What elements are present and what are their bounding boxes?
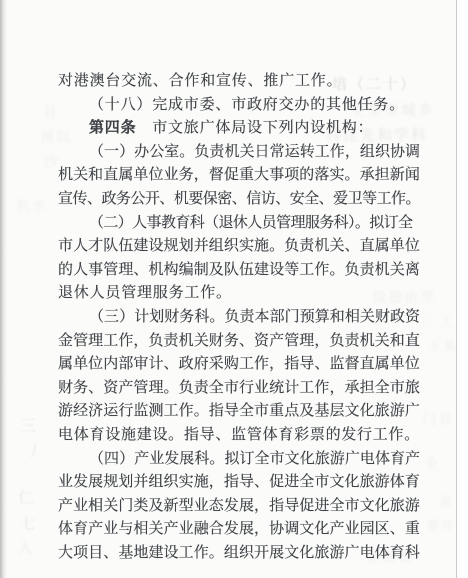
article-number-bold: 第四条 — [89, 120, 136, 136]
text-line: 对港澳台交流、合作和宣传、推广工作。 — [58, 70, 420, 94]
text-line: 退休人员管理服务工作。 — [58, 282, 420, 306]
bleedthrough-mark: 仁 — [18, 485, 36, 508]
text-line: （三）计划财务科。负责本部门预算和相关财政资 — [58, 306, 420, 330]
bleedthrough-mark: 王某 — [428, 335, 458, 354]
text-line: 大项目、基地建设工作。组织开展文化旅游广电体育科 — [58, 542, 420, 566]
bleedthrough-mark: 业 — [438, 491, 454, 511]
scan-right-margin — [457, 0, 468, 578]
document-text-block: 对港澳台交流、合作和宣传、推广工作。（十八）完成市委、市政府交办的其他任务。第四… — [58, 70, 420, 565]
text-line: 电体育设施建设。指导、监管体育彩票的发行工作。 — [58, 424, 420, 448]
bleedthrough-mark: 全 — [424, 454, 440, 474]
text-line: 金管理工作，负责机关财务、资产管理，负责机关和直 — [58, 330, 420, 354]
bleedthrough-mark: 丿 — [26, 438, 44, 461]
bleedthrough-mark: 门廿 — [422, 409, 454, 429]
text-line: 体育产业与相关产业融合发展，协调文化产业园区、重 — [58, 518, 420, 542]
text-line: 产业相关门类及新型业态发展，指导促进全市文化旅游 — [58, 495, 420, 519]
text-line: 的人事管理、机构编制及队伍建设等工作。负责机关离 — [58, 259, 420, 283]
text-line: 宣传、政务公开、机要保密、信访、安全、爱卫等工作。 — [58, 188, 420, 212]
text-line: （十八）完成市委、市政府交办的其他任务。 — [58, 94, 420, 118]
text-line: （一）办公室。负责机关日常运转工作，组织协调 — [58, 141, 420, 165]
bleedthrough-mark: 七 — [20, 511, 38, 534]
text-line: 第四条 市文旅广体局设下列内设机构： — [58, 117, 420, 141]
bleedthrough-mark: 三 — [20, 413, 38, 436]
document-page: 培（二十）生全市城乡特住先和学科计预以沙机水设独由至三 工王某门廿全业难评业美布… — [0, 0, 468, 578]
text-line: 游经济运行监测工作。指导全市重点及基层文化旅游广 — [58, 400, 420, 424]
text-line: 机关和直属单位业务，督促重大事项的落实。承担新闻 — [58, 164, 420, 188]
text-line: 业发展规划并组织实施，指导、促进全市文化旅游体育 — [58, 471, 420, 495]
scan-edge-line — [456, 0, 457, 578]
bleedthrough-mark: 三 工 — [418, 311, 456, 331]
text-line: （四）产业发展科。拟订全市文化旅游广电体育产 — [58, 448, 420, 472]
bleedthrough-mark: 机水 — [16, 196, 48, 216]
scan-left-edge-shadow — [0, 0, 7, 578]
text-line: 属单位内部审计、政府采购工作，指导、监督直属单位 — [58, 353, 420, 377]
text-line: 财务、资产管理。负责全市行业统计工作，承担全市旅 — [58, 377, 420, 401]
text-line: 市人才队伍建设规划并组织实施。负责机关、直属单位 — [58, 235, 420, 259]
text-line: （二）人事教育科（退休人员管理服务科）。拟订全 — [58, 212, 420, 236]
bleedthrough-mark: 难评 — [426, 515, 456, 534]
bleedthrough-mark: 入 — [18, 537, 35, 558]
